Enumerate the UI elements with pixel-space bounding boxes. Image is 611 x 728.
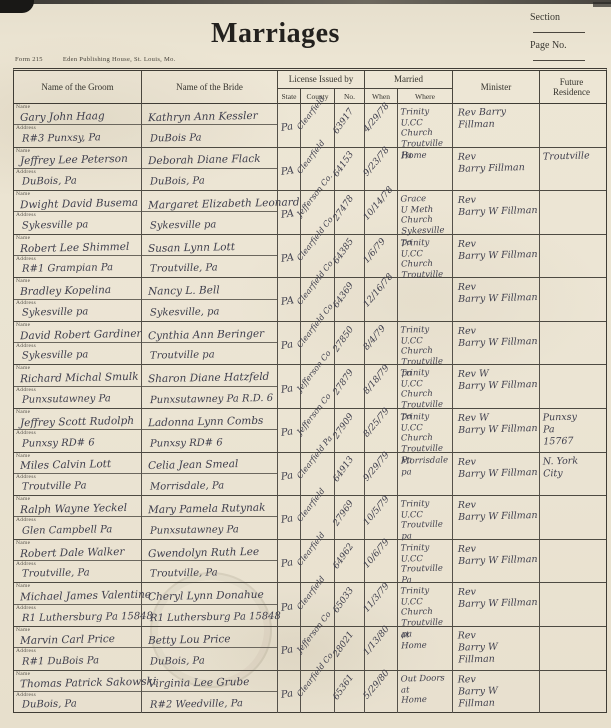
bride-address-line: R#2 Weedville, Pa (142, 692, 277, 713)
page-title: Marriages (0, 18, 551, 50)
groom-name-line: Name Bradley Kopelina (14, 278, 141, 299)
bride-name-line: Sharon Diane Hatzfeld (142, 365, 277, 386)
license-number-handwriting: 64369 (332, 281, 356, 310)
groom-address-handwriting: Sykesville pa (22, 220, 88, 231)
future-residence-cell (540, 278, 603, 321)
married-when-handwriting: 5/29/80 (363, 669, 392, 701)
name-label: Name (16, 627, 30, 633)
license-state-handwriting: Pa (280, 602, 294, 614)
license-number-cell: 63917 (335, 104, 365, 147)
groom-cell: Name Ralph Wayne Yeckel Address Glen Cam… (14, 496, 142, 539)
married-when-handwriting: 8/18/79 (363, 364, 392, 396)
groom-name-handwriting: Robert Lee Shimmel (20, 241, 129, 254)
bride-address-line: Punxsutawney Pa R.D. 6 (142, 387, 277, 408)
license-number-handwriting: 28021 (332, 630, 356, 659)
minister-handwriting: Rev Barry W Fillman (458, 455, 538, 481)
bride-name-line: Cheryl Lynn Donahue (142, 583, 277, 604)
bride-address-line: Troutville, Pa (142, 256, 277, 277)
groom-address-line: Address R#3 Punxsy, Pa (14, 125, 141, 146)
minister-handwriting: Rev Barry W Fillman (458, 280, 538, 306)
publisher-imprint: Eden Publishing House, St. Louis, Mo. (63, 56, 176, 63)
bride-cell: Gwendolyn Ruth Lee Troutville, Pa (142, 540, 278, 583)
groom-name-handwriting: David Robert Gardiner (20, 328, 142, 341)
married-when-handwriting: 8/4/79 (363, 325, 389, 353)
bride-name-handwriting: Susan Lynn Lott (148, 242, 235, 254)
header-minister: Minister (453, 71, 540, 104)
minister-handwriting: Rev Barry W Fillman (458, 673, 499, 710)
bride-address-line: DuBois, Pa (142, 169, 277, 190)
table-row: Name Bradley Kopelina Address Sykesville… (14, 278, 606, 322)
license-number-handwriting: 27850 (332, 325, 356, 354)
address-label: Address (16, 430, 36, 436)
bride-address-line: DuBois Pa (142, 125, 277, 146)
name-label: Name (16, 278, 30, 284)
married-when-cell: 8/4/79 (365, 322, 398, 365)
address-label: Address (16, 561, 36, 567)
license-number-handwriting: 64153 (332, 151, 356, 180)
groom-name-handwriting: Dwight David Busema (20, 198, 138, 211)
table-row: Name Gary John Haag Address R#3 Punxsy, … (14, 104, 606, 148)
groom-name-handwriting: Miles Calvin Lott (20, 459, 111, 471)
license-state-handwriting: Pa (280, 384, 294, 396)
minister-handwriting: Rev Barry W Fillman (458, 542, 538, 568)
header-license-issued-by: License Issued by (278, 71, 365, 88)
groom-address-handwriting: DuBois, Pa (22, 177, 77, 188)
table-row: Name Robert Dale Walker Address Troutvil… (14, 540, 606, 584)
minister-cell: Rev Barry W Fillman (453, 191, 540, 234)
future-residence-cell (540, 627, 603, 670)
married-where-cell: Trinity U.CC Church Troutville Pa (398, 409, 453, 452)
scan-edge-artifact (0, 0, 611, 4)
married-when-handwriting: 4/29/78 (363, 102, 392, 134)
minister-cell: Rev W Barry W Fillman (453, 409, 540, 452)
groom-name-handwriting: Gary John Haag (20, 111, 105, 123)
name-label: Name (16, 322, 30, 328)
married-where-handwriting: Out Doors at Home (401, 673, 446, 706)
bride-cell: Susan Lynn Lott Troutville, Pa (142, 235, 278, 278)
married-where-handwriting: Morrisdale pa (401, 455, 449, 477)
license-number-handwriting: 65361 (332, 674, 356, 703)
minister-cell: Rev Barry W Fillman (453, 322, 540, 365)
license-county-cell: Clearfield Co (301, 671, 335, 714)
married-when-cell: 4/29/78 (365, 104, 398, 147)
license-state-handwriting: Pa (280, 645, 294, 657)
groom-name-line: Name Dwight David Busema (14, 191, 141, 212)
groom-name-handwriting: Jeffrey Lee Peterson (20, 154, 128, 167)
table-row: Name Jeffrey Scott Rudolph Address Punxs… (14, 409, 606, 453)
married-when-cell: 5/29/80 (365, 671, 398, 714)
bride-address-line: Troutville pa (142, 343, 277, 364)
married-when-handwriting: 10/14/78 (363, 185, 396, 222)
form-number: Form 215 (15, 56, 43, 63)
married-when-cell: 10/6/79 (365, 540, 398, 583)
bride-cell: Kathryn Ann Kessler DuBois Pa (142, 104, 278, 147)
bride-address-handwriting: DuBois, Pa (150, 656, 205, 667)
license-state-handwriting: Pa (280, 427, 294, 439)
groom-cell: Name Jeffrey Scott Rudolph Address Punxs… (14, 409, 142, 452)
groom-name-line: Name Miles Calvin Lott (14, 453, 141, 474)
address-label: Address (16, 517, 36, 523)
groom-address-handwriting: Troutville, Pa (22, 569, 90, 580)
future-residence-cell: Punxsy Pa 15767 (540, 409, 603, 452)
married-when-handwriting: 1/6/79 (363, 238, 389, 266)
married-when-cell: 10/5/79 (365, 496, 398, 539)
minister-handwriting: Rev Barry W Fillman (458, 193, 538, 219)
groom-address-line: Address Sykesville pa (14, 343, 141, 364)
married-when-handwriting: 1/13/80 (363, 625, 392, 657)
bride-name-line: Virginia Lee Grube (142, 671, 277, 692)
page-no-label: Page No. (530, 40, 567, 51)
bride-name-handwriting: Mary Pamela Rutynak (148, 503, 266, 516)
address-label: Address (16, 343, 36, 349)
married-when-handwriting: 10/6/79 (363, 538, 392, 570)
bride-name-handwriting: Cheryl Lynn Donahue (148, 590, 264, 603)
section-blank-line (533, 23, 585, 33)
bride-name-line: Gwendolyn Ruth Lee (142, 540, 277, 561)
section-label: Section (530, 12, 560, 23)
bride-cell: Betty Lou Price DuBois, Pa (142, 627, 278, 670)
groom-name-handwriting: Ralph Wayne Yeckel (20, 503, 127, 516)
married-where-cell: Trinity U.CC Church Troutville pa (398, 583, 453, 626)
minister-cell: Rev Barry W Fillman (453, 627, 540, 670)
bride-address-line: Punxsutawney Pa (142, 517, 277, 538)
license-number-cell: 65033 (335, 583, 365, 626)
table-row: Name Robert Lee Shimmel Address R#1 Gram… (14, 235, 606, 279)
groom-address-line: Address DuBois, Pa (14, 692, 141, 713)
groom-address-line: Address Troutville, Pa (14, 561, 141, 582)
groom-name-line: Name Ralph Wayne Yeckel (14, 496, 141, 517)
header-future-residence: Future Residence (540, 71, 603, 104)
married-when-cell: 12/16/78 (365, 278, 398, 321)
bride-address-handwriting: Morrisdale, Pa (150, 482, 224, 493)
married-when-cell: 9/29/79 (365, 453, 398, 496)
license-state-handwriting: Pa (280, 515, 294, 527)
married-when-cell: 10/14/78 (365, 191, 398, 234)
groom-name-line: Name Michael James Valentine (14, 583, 141, 604)
bride-address-handwriting: Punxsutawney Pa R.D. 6 (150, 394, 273, 406)
license-state-handwriting: PA (280, 297, 294, 309)
future-residence-cell (540, 496, 603, 539)
married-where-handwriting: at Home (401, 630, 427, 652)
marriage-register-table: Name of the Groom Name of the Bride Lice… (13, 68, 607, 713)
future-residence-handwriting: N. York City (543, 455, 579, 480)
groom-address-line: Address Sykesville pa (14, 300, 141, 321)
future-residence-cell (540, 583, 603, 626)
groom-name-line: Name Richard Michal Smulk (14, 365, 141, 386)
license-number-handwriting: 65033 (332, 587, 356, 616)
bride-name-line: Susan Lynn Lott (142, 235, 277, 256)
license-number-handwriting: 27969 (332, 499, 356, 528)
name-label: Name (16, 496, 30, 502)
married-where-cell: Morrisdale pa (398, 453, 453, 496)
minister-cell: Rev Barry W Fillman (453, 453, 540, 496)
married-where-cell: Trinity U.CC Church Troutville Pa (398, 104, 453, 147)
name-label: Name (16, 104, 30, 110)
license-number-cell: 27478 (335, 191, 365, 234)
groom-address-line: Address Glen Campbell Pa (14, 517, 141, 538)
minister-cell: Rev W Barry W Fillman (453, 365, 540, 408)
table-row: Name Jeffrey Lee Peterson Address DuBois… (14, 148, 606, 192)
groom-address-line: Address R1 Luthersburg Pa 15848 (14, 605, 141, 626)
groom-address-line: Address Sykesville pa (14, 212, 141, 233)
married-where-handwriting: Home (401, 150, 427, 161)
minister-cell: Rev Barry W Fillman (453, 540, 540, 583)
groom-address-line: Address DuBois, Pa (14, 169, 141, 190)
groom-name-line: Name Gary John Haag (14, 104, 141, 125)
minister-cell: Rev Barry W Fillman (453, 583, 540, 626)
groom-cell: Name Robert Dale Walker Address Troutvil… (14, 540, 142, 583)
bride-address-line: R1 Luthersburg Pa 15848 (142, 605, 277, 626)
groom-name-handwriting: Jeffrey Scott Rudolph (20, 416, 134, 429)
address-label: Address (16, 300, 36, 306)
minister-handwriting: Rev Barry Fillman (458, 150, 525, 175)
bride-name-line: Betty Lou Price (142, 627, 277, 648)
header-groom: Name of the Groom (14, 71, 142, 104)
groom-address-handwriting: DuBois, Pa (22, 700, 77, 711)
bride-address-handwriting: Troutville pa (150, 351, 215, 362)
married-where-cell: at Home (398, 627, 453, 670)
license-state-handwriting: PA (280, 253, 294, 265)
bride-name-line: Nancy L. Bell (142, 278, 277, 299)
future-residence-handwriting: Punxsy Pa 15767 (543, 412, 578, 449)
page-no-field: Page No. (530, 40, 611, 64)
bride-name-handwriting: Celia Jean Smeal (148, 459, 239, 471)
minister-handwriting: Rev Barry W Fillman (458, 585, 538, 611)
married-when-cell: 1/13/80 (365, 627, 398, 670)
groom-address-line: Address Troutville Pa (14, 474, 141, 495)
married-where-cell: Trinity U.CC Church Troutville pa (398, 365, 453, 408)
bride-name-handwriting: Kathryn Ann Kessler (148, 111, 258, 124)
header-when: When (365, 88, 398, 104)
minister-cell: Rev Barry Fillman (453, 148, 540, 191)
license-state-handwriting: PA (280, 209, 294, 221)
married-where-cell: Home (398, 148, 453, 191)
address-label: Address (16, 212, 36, 218)
bride-address-handwriting: Punxsutawney Pa (150, 525, 239, 537)
future-residence-cell: Troutville (540, 148, 603, 191)
license-number-cell: 64369 (335, 278, 365, 321)
groom-address-line: Address R#1 Grampian Pa (14, 256, 141, 277)
bride-cell: Deborah Diane Flack DuBois, Pa (142, 148, 278, 191)
address-label: Address (16, 605, 36, 611)
license-state-handwriting: Pa (280, 471, 294, 483)
married-when-handwriting: 9/29/79 (363, 451, 392, 483)
groom-name-line: Name Jeffrey Scott Rudolph (14, 409, 141, 430)
scan-corner-artifact-right (593, 2, 611, 7)
groom-address-line: Address Punxsutawney Pa (14, 387, 141, 408)
groom-address-handwriting: R#3 Punxsy, Pa (22, 133, 101, 144)
bride-name-handwriting: Virginia Lee Grube (148, 677, 250, 690)
future-residence-cell (540, 671, 603, 714)
license-number-handwriting: 27478 (332, 194, 356, 223)
bride-address-handwriting: Troutville, Pa (150, 569, 218, 580)
bride-cell: Ladonna Lynn Combs Punxsy RD# 6 (142, 409, 278, 452)
header-married: Married (365, 71, 453, 88)
bride-address-line: Sykesville, pa (142, 300, 277, 321)
groom-address-handwriting: R1 Luthersburg Pa 15848 (22, 612, 153, 624)
license-state-handwriting: Pa (280, 558, 294, 570)
address-label: Address (16, 256, 36, 262)
table-header: Name of the Groom Name of the Bride Lice… (14, 71, 606, 104)
groom-name-handwriting: Michael James Valentine (20, 590, 151, 603)
license-number-cell: 64962 (335, 540, 365, 583)
groom-cell: Name Thomas Patrick Sakowski Address DuB… (14, 671, 142, 714)
address-label: Address (16, 474, 36, 480)
license-state-handwriting: Pa (280, 689, 294, 701)
name-label: Name (16, 671, 30, 677)
license-number-cell: 64385 (335, 235, 365, 278)
address-label: Address (16, 169, 36, 175)
future-residence-cell (540, 365, 603, 408)
bride-name-handwriting: Sharon Diane Hatzfeld (148, 372, 270, 385)
form-imprint: Form 215 Eden Publishing House, St. Loui… (15, 56, 176, 63)
bride-address-handwriting: DuBois Pa (150, 133, 202, 144)
header-state: State (278, 88, 301, 104)
married-when-handwriting: 12/16/78 (363, 272, 396, 309)
bride-name-handwriting: Gwendolyn Ruth Lee (148, 546, 259, 559)
minister-handwriting: Rev Barry Fillman (458, 106, 507, 131)
bride-cell: Virginia Lee Grube R#2 Weedville, Pa (142, 671, 278, 714)
bride-cell: Sharon Diane Hatzfeld Punxsutawney Pa R.… (142, 365, 278, 408)
groom-address-handwriting: Sykesville pa (22, 307, 88, 318)
bride-address-handwriting: DuBois, Pa (150, 177, 205, 188)
name-label: Name (16, 365, 30, 371)
name-label: Name (16, 148, 30, 154)
license-number-handwriting: 64913 (332, 456, 356, 485)
table-row: Name Dwight David Busema Address Sykesvi… (14, 191, 606, 235)
married-where-handwriting: Trinity U.CC Troutville pa (400, 499, 452, 543)
married-when-handwriting: 11/3/79 (363, 582, 392, 614)
groom-address-handwriting: R#1 Grampian Pa (22, 264, 113, 276)
groom-name-line: Name Robert Dale Walker (14, 540, 141, 561)
bride-cell: Margaret Elizabeth Leonard Sykesville pa (142, 191, 278, 234)
groom-address-handwriting: Punxsy RD# 6 (22, 438, 95, 449)
married-where-cell: Trinity U.CC Church Troutville (398, 235, 453, 278)
groom-name-line: Name Robert Lee Shimmel (14, 235, 141, 256)
bride-name-line: Margaret Elizabeth Leonard (142, 191, 277, 212)
bride-cell: Mary Pamela Rutynak Punxsutawney Pa (142, 496, 278, 539)
future-residence-handwriting: Troutville (543, 150, 590, 163)
minister-handwriting: Rev Barry W Fillman (458, 498, 538, 524)
header-where: Where (398, 88, 453, 104)
minister-cell: Rev Barry W Fillman (453, 671, 540, 714)
minister-handwriting: Rev Barry W Fillman (458, 629, 499, 666)
license-state-handwriting: Pa (280, 122, 294, 134)
section-field: Section (530, 12, 611, 36)
page-no-blank-line (533, 51, 585, 61)
license-number-handwriting: 64385 (332, 238, 356, 267)
bride-name-line: Mary Pamela Rutynak (142, 496, 277, 517)
groom-cell: Name Robert Lee Shimmel Address R#1 Gram… (14, 235, 142, 278)
license-state-handwriting: PA (280, 166, 294, 178)
future-residence-cell (540, 235, 603, 278)
table-row: Name Thomas Patrick Sakowski Address DuB… (14, 671, 606, 714)
bride-name-handwriting: Betty Lou Price (148, 634, 231, 646)
groom-address-line: Address Punxsy RD# 6 (14, 430, 141, 451)
minister-cell: Rev Barry W Fillman (453, 235, 540, 278)
minister-cell: Rev Barry W Fillman (453, 496, 540, 539)
groom-cell: Name Dwight David Busema Address Sykesvi… (14, 191, 142, 234)
married-when-handwriting: 8/25/79 (363, 407, 392, 439)
minister-handwriting: Rev Barry W Fillman (458, 237, 538, 263)
address-label: Address (16, 125, 36, 131)
married-when-cell: 11/3/79 (365, 583, 398, 626)
table-row: Name Miles Calvin Lott Address Troutvill… (14, 453, 606, 497)
bride-address-line: Morrisdale, Pa (142, 474, 277, 495)
license-number-cell: 64153 (335, 148, 365, 191)
married-when-handwriting: 9/23/78 (363, 146, 392, 178)
groom-address-handwriting: Glen Campbell Pa (22, 525, 113, 537)
married-when-cell: 8/25/79 (365, 409, 398, 452)
bride-name-line: Ladonna Lynn Combs (142, 409, 277, 430)
table-row: Name Ralph Wayne Yeckel Address Glen Cam… (14, 496, 606, 540)
bride-address-handwriting: Sykesville pa (150, 220, 216, 231)
groom-address-handwriting: Sykesville pa (22, 351, 88, 362)
groom-cell: Name Gary John Haag Address R#3 Punxsy, … (14, 104, 142, 147)
minister-handwriting: Rev W Barry W Fillman (458, 367, 538, 393)
groom-address-handwriting: Troutville Pa (22, 482, 87, 493)
groom-name-line: Name Jeffrey Lee Peterson (14, 148, 141, 169)
future-residence-cell (540, 540, 603, 583)
groom-name-handwriting: Marvin Carl Price (20, 634, 115, 646)
married-when-handwriting: 10/5/79 (363, 495, 392, 527)
license-number-cell: 64913 (335, 453, 365, 496)
header-no: No. (335, 88, 365, 104)
minister-cell: Rev Barry Fillman (453, 104, 540, 147)
license-number-cell: 27879 (335, 365, 365, 408)
table-row: Name Richard Michal Smulk Address Punxsu… (14, 365, 606, 409)
table-row: Name David Robert Gardiner Address Sykes… (14, 322, 606, 366)
name-label: Name (16, 409, 30, 415)
future-residence-cell (540, 191, 603, 234)
bride-name-handwriting: Margaret Elizabeth Leonard (148, 197, 300, 211)
bride-name-line: Kathryn Ann Kessler (142, 104, 277, 125)
bride-address-handwriting: R#2 Weedville, Pa (150, 699, 243, 711)
license-number-cell: 27909 (335, 409, 365, 452)
groom-address-handwriting: R#1 DuBois Pa (22, 656, 99, 667)
license-number-cell: 65361 (335, 671, 365, 714)
license-number-cell: 28021 (335, 627, 365, 670)
married-when-cell: 9/23/78 (365, 148, 398, 191)
bride-name-line: Celia Jean Smeal (142, 453, 277, 474)
bride-cell: Cynthia Ann Beringer Troutville pa (142, 322, 278, 365)
bride-name-line: Deborah Diane Flack (142, 148, 277, 169)
groom-cell: Name Marvin Carl Price Address R#1 DuBoi… (14, 627, 142, 670)
married-when-cell: 1/6/79 (365, 235, 398, 278)
name-label: Name (16, 583, 30, 589)
married-where-cell: Trinity U.CC Church Troutville pa (398, 322, 453, 365)
groom-cell: Name Miles Calvin Lott Address Troutvill… (14, 453, 142, 496)
bride-address-handwriting: R1 Luthersburg Pa 15848 (150, 612, 281, 624)
bride-address-handwriting: Punxsy RD# 6 (150, 438, 223, 449)
name-label: Name (16, 540, 30, 546)
bride-name-handwriting: Ladonna Lynn Combs (148, 416, 264, 429)
minister-handwriting: Rev W Barry W Fillman (458, 411, 538, 437)
bride-address-line: Punxsy RD# 6 (142, 430, 277, 451)
minister-handwriting: Rev Barry W Fillman (458, 324, 538, 350)
married-where-cell: Trinity U.CC Troutville pa (398, 496, 453, 539)
header-bride: Name of the Bride (142, 71, 278, 104)
table-body: Name Gary John Haag Address R#3 Punxsy, … (14, 104, 606, 713)
address-label: Address (16, 387, 36, 393)
license-number-handwriting: 27879 (332, 369, 356, 398)
bride-address-line: Sykesville pa (142, 212, 277, 233)
name-label: Name (16, 235, 30, 241)
license-number-handwriting: 64962 (332, 543, 356, 572)
married-where-cell: Trinity U.CC Troutville Pa (398, 540, 453, 583)
future-residence-cell: N. York City (540, 453, 603, 496)
married-where-cell: Out Doors at Home (398, 671, 453, 714)
